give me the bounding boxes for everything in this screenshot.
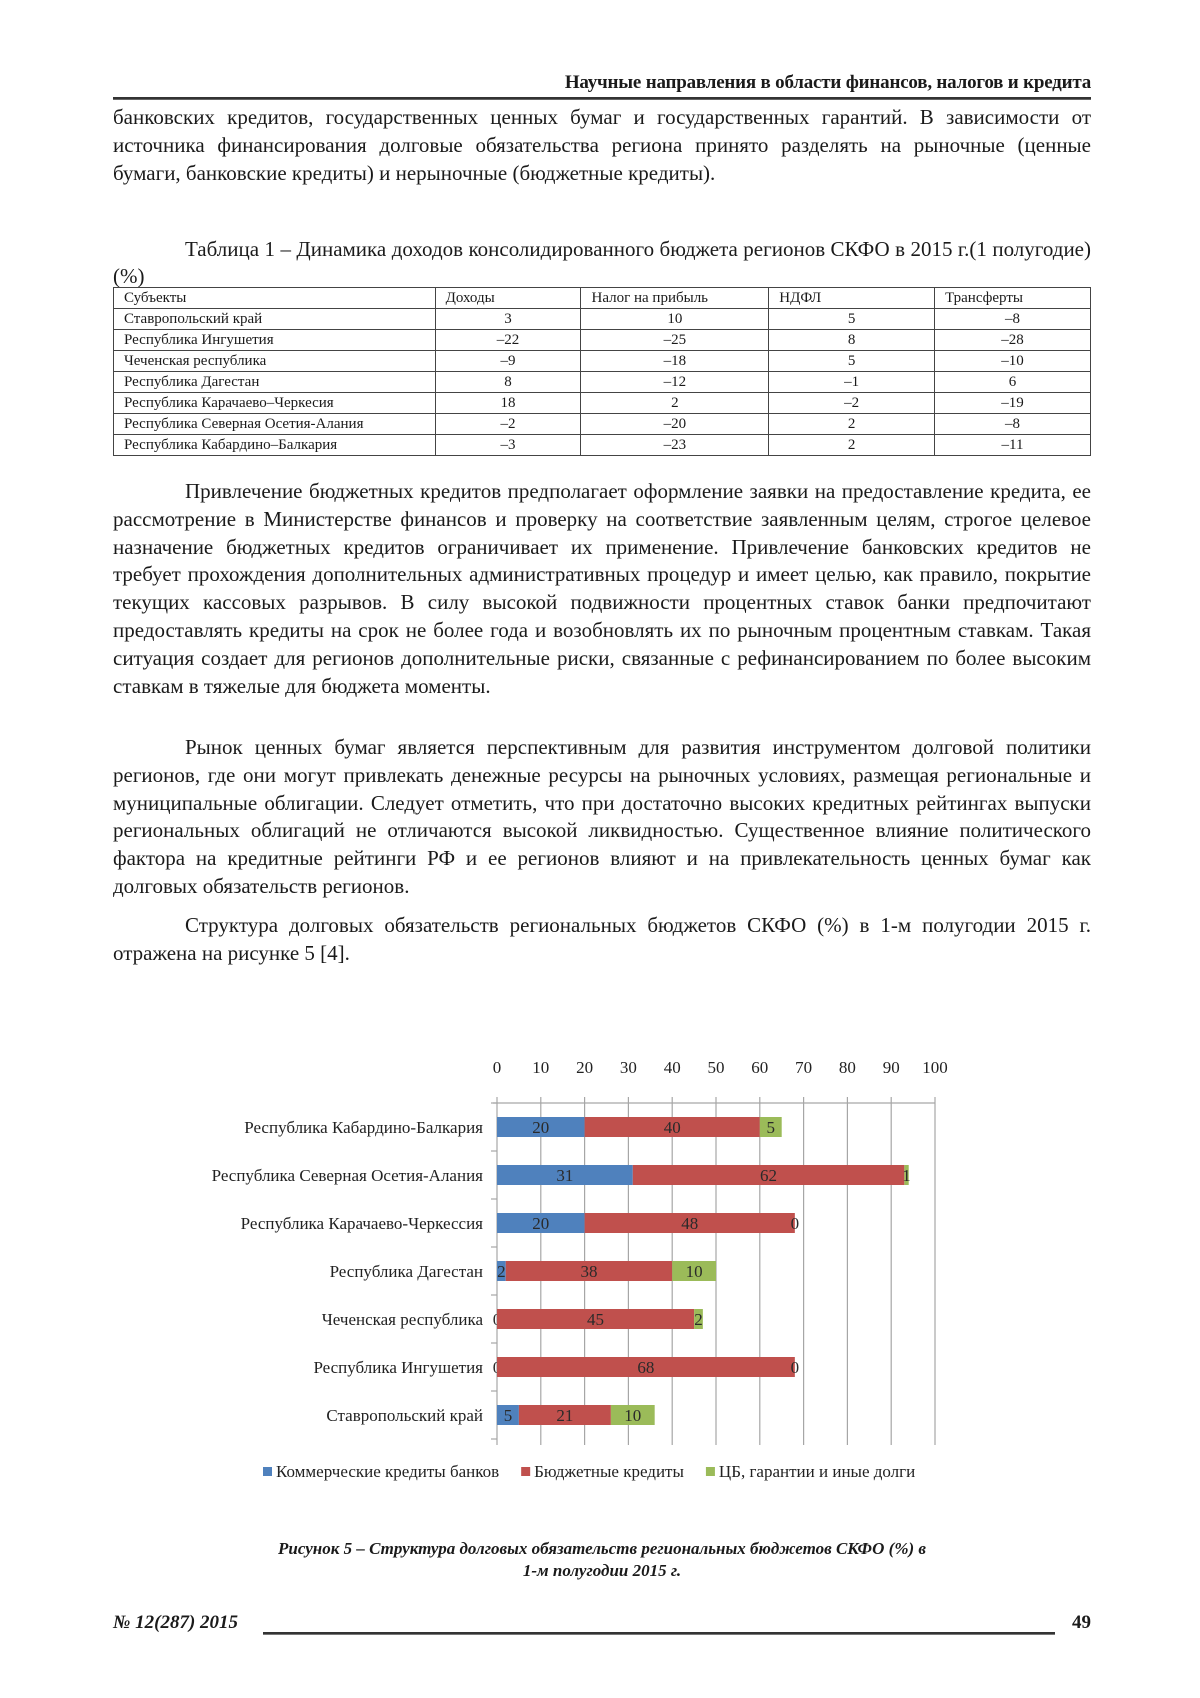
data-label: 48	[681, 1214, 698, 1233]
data-label: 2	[497, 1262, 506, 1281]
category-label: Республика Дагестан	[330, 1262, 483, 1281]
legend-label: Коммерческие кредиты банков	[276, 1462, 499, 1481]
value-cell: 2	[581, 393, 769, 414]
legend-swatch	[263, 1467, 272, 1476]
value-cell: –25	[581, 330, 769, 351]
column-header: НДФЛ	[769, 288, 935, 309]
category-label: Республика Северная Осетия-Алания	[212, 1166, 484, 1185]
value-cell: –11	[935, 435, 1091, 456]
value-cell: –8	[935, 414, 1091, 435]
table-row: Республика Карачаево–Черкесия182–2–19	[114, 393, 1091, 414]
value-cell: –19	[935, 393, 1091, 414]
value-cell: 6	[935, 372, 1091, 393]
legend-swatch	[521, 1467, 530, 1476]
paragraph-intro: банковских кредитов, государственных цен…	[113, 104, 1091, 187]
data-label: 1	[902, 1166, 911, 1185]
table-row: Ставропольский край3105–8	[114, 309, 1091, 330]
table-row: Республика Ингушетия–22–258–28	[114, 330, 1091, 351]
value-cell: –23	[581, 435, 769, 456]
x-tick-label: 100	[922, 1058, 948, 1077]
category-label: Республика Кабардино-Балкария	[244, 1118, 483, 1137]
region-name-cell: Республика Северная Осетия-Алания	[114, 414, 436, 435]
x-tick-label: 40	[664, 1058, 681, 1077]
x-tick-label: 60	[751, 1058, 768, 1077]
debt-structure-chart: 0102030405060708090100Республика Кабарди…	[113, 1055, 1091, 1505]
value-cell: 3	[435, 309, 581, 330]
page-footer: № 12(287) 2015 49	[113, 1612, 1091, 1642]
region-name-cell: Республика Ингушетия	[114, 330, 436, 351]
value-cell: 8	[769, 330, 935, 351]
data-label: 0	[791, 1358, 800, 1377]
data-label: 10	[686, 1262, 703, 1281]
data-label: 10	[624, 1406, 641, 1425]
data-label: 5	[504, 1406, 513, 1425]
table-row: Республика Кабардино–Балкария–3–232–11	[114, 435, 1091, 456]
x-tick-label: 90	[883, 1058, 900, 1077]
data-label: 5	[767, 1118, 776, 1137]
category-label: Чеченская республика	[322, 1310, 484, 1329]
footer-rule	[263, 1632, 1055, 1635]
x-tick-label: 0	[493, 1058, 502, 1077]
x-tick-label: 50	[708, 1058, 725, 1077]
value-cell: 5	[769, 351, 935, 372]
value-cell: 5	[769, 309, 935, 330]
category-label: Республика Ингушетия	[313, 1358, 483, 1377]
category-label: Республика Карачаево-Черкессия	[241, 1214, 484, 1233]
x-tick-label: 80	[839, 1058, 856, 1077]
region-name-cell: Республика Кабардино–Балкария	[114, 435, 436, 456]
value-cell: 10	[581, 309, 769, 330]
column-header: Субъекты	[114, 288, 436, 309]
data-label: 31	[556, 1166, 573, 1185]
data-label: 68	[637, 1358, 654, 1377]
paragraph-securities-market: Рынок ценных бумаг является перспективны…	[113, 734, 1091, 901]
column-header: Трансферты	[935, 288, 1091, 309]
data-label: 2	[694, 1310, 703, 1329]
x-tick-label: 20	[576, 1058, 593, 1077]
revenue-dynamics-table: Субъекты Доходы Налог на прибыль НДФЛ Тр…	[113, 287, 1091, 456]
value-cell: –9	[435, 351, 581, 372]
x-tick-label: 10	[532, 1058, 549, 1077]
value-cell: –18	[581, 351, 769, 372]
value-cell: 2	[769, 414, 935, 435]
value-cell: –2	[769, 393, 935, 414]
data-label: 62	[760, 1166, 777, 1185]
value-cell: –20	[581, 414, 769, 435]
issue-number: № 12(287) 2015	[113, 1612, 238, 1634]
value-cell: –1	[769, 372, 935, 393]
header-rule	[113, 97, 1091, 100]
value-cell: 2	[769, 435, 935, 456]
value-cell: 18	[435, 393, 581, 414]
value-cell: –10	[935, 351, 1091, 372]
value-cell: –8	[935, 309, 1091, 330]
page-number: 49	[1072, 1612, 1091, 1634]
region-name-cell: Республика Дагестан	[114, 372, 436, 393]
value-cell: 8	[435, 372, 581, 393]
region-name-cell: Чеченская республика	[114, 351, 436, 372]
value-cell: –3	[435, 435, 581, 456]
value-cell: –28	[935, 330, 1091, 351]
value-cell: –12	[581, 372, 769, 393]
legend-label: ЦБ, гарантии и иные долги	[719, 1462, 915, 1481]
table-caption: Таблица 1 – Динамика доходов консолидиро…	[113, 236, 1091, 290]
category-label: Ставропольский край	[326, 1406, 483, 1425]
data-label: 21	[556, 1406, 573, 1425]
paragraph-budget-credits: Привлечение бюджетных кредитов предполаг…	[113, 478, 1091, 700]
figure-caption-line-1: Рисунок 5 – Структура долговых обязатель…	[113, 1538, 1091, 1560]
value-cell: –2	[435, 414, 581, 435]
table-row: Республика Северная Осетия-Алания–2–202–…	[114, 414, 1091, 435]
column-header: Доходы	[435, 288, 581, 309]
x-tick-label: 70	[795, 1058, 812, 1077]
table-header-row: Субъекты Доходы Налог на прибыль НДФЛ Тр…	[114, 288, 1091, 309]
data-label: 0	[791, 1214, 800, 1233]
paragraph-figure-reference: Структура долговых обязательств регионал…	[113, 912, 1091, 968]
running-header: Научные направления в области финансов, …	[113, 72, 1091, 94]
legend-label: Бюджетные кредиты	[534, 1462, 684, 1481]
figure-caption: Рисунок 5 – Структура долговых обязатель…	[113, 1538, 1091, 1582]
column-header: Налог на прибыль	[581, 288, 769, 309]
x-tick-label: 30	[620, 1058, 637, 1077]
data-label: 38	[580, 1262, 597, 1281]
data-label: 20	[532, 1118, 549, 1137]
data-label: 40	[664, 1118, 681, 1137]
table-row: Республика Дагестан8–12–16	[114, 372, 1091, 393]
region-name-cell: Ставропольский край	[114, 309, 436, 330]
figure-caption-line-2: 1-м полугодии 2015 г.	[113, 1560, 1091, 1582]
legend-swatch	[706, 1467, 715, 1476]
table-row: Чеченская республика–9–185–10	[114, 351, 1091, 372]
value-cell: –22	[435, 330, 581, 351]
region-name-cell: Республика Карачаево–Черкесия	[114, 393, 436, 414]
data-label: 45	[587, 1310, 604, 1329]
data-label: 20	[532, 1214, 549, 1233]
